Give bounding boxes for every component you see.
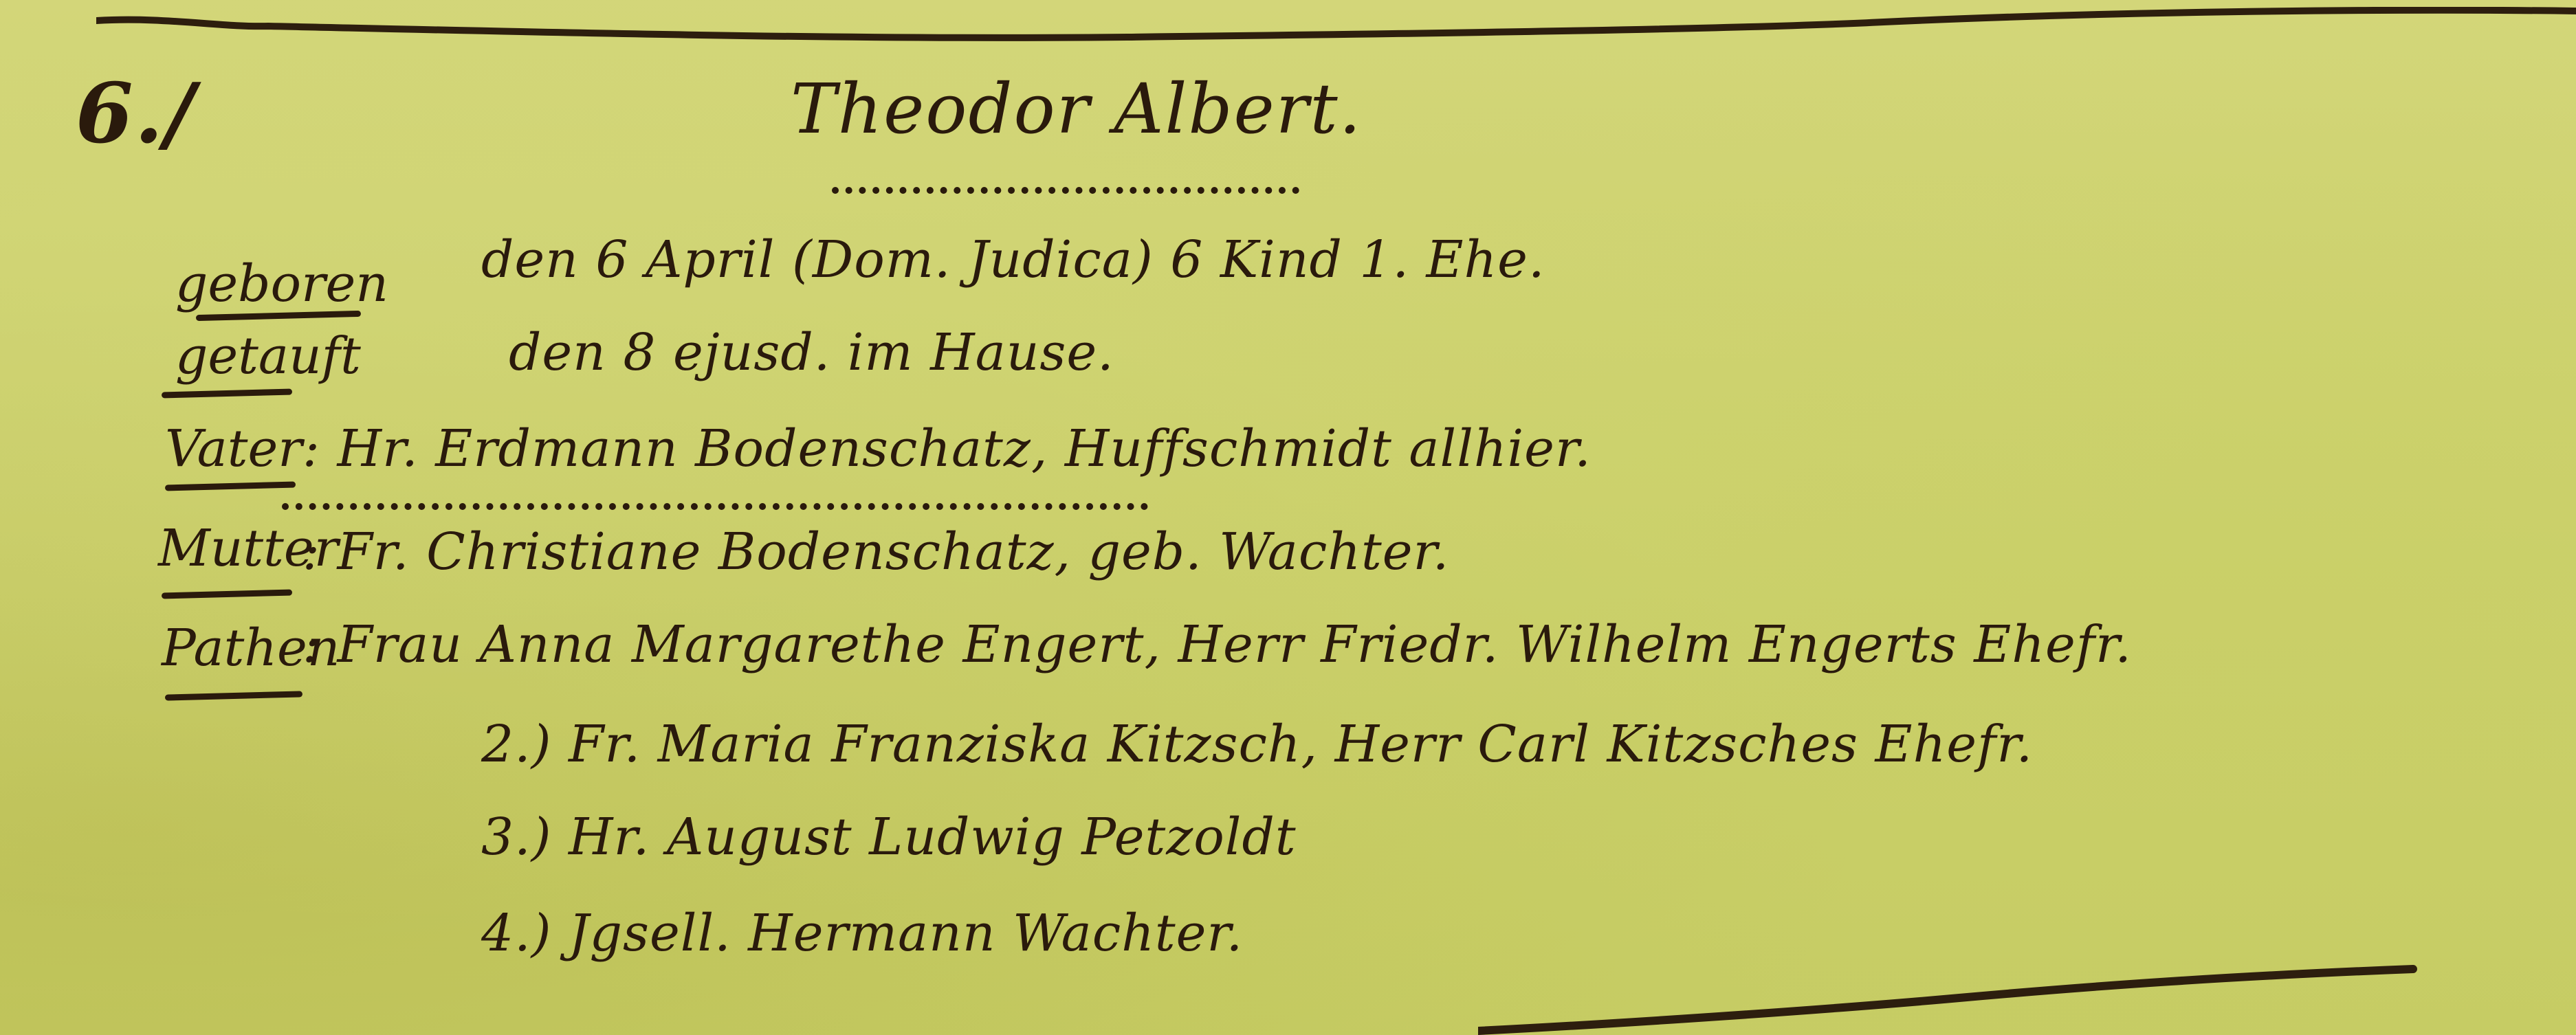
baptized-value: den 8 ejusd. im Hause.: [509, 323, 1114, 382]
child-name-dotted-underline: [832, 187, 1299, 194]
godparent-3: 3.) Hr. August Ludwig Petzoldt: [481, 808, 1297, 867]
mother-value: : Fr. Christiane Bodenschatz, geb. Wacht…: [302, 522, 1449, 581]
godparent-2: 2.) Fr. Maria Franziska Kitzsch, Herr Ca…: [481, 715, 2033, 774]
born-value: den 6 April (Dom. Judica) 6 Kind 1. Ehe.: [481, 230, 1545, 289]
bottom-border-line: [1478, 962, 2441, 1035]
child-name-heading: Theodor Albert.: [791, 69, 1362, 149]
godparent-1: : Frau Anna Margarethe Engert, Herr Frie…: [302, 615, 2132, 674]
father-name-dotted-underline: [282, 503, 1148, 510]
father-value: : Hr. Erdmann Bodenschatz, Huffschmidt a…: [302, 419, 1592, 478]
label-mother-underline: [162, 590, 292, 599]
label-father: Vater: [165, 419, 302, 478]
church-register-page: 6./ Theodor Albert. geboren den 6 April …: [0, 0, 2576, 1035]
label-born: geboren: [175, 254, 388, 313]
label-godparents-underline: [165, 691, 302, 700]
top-border-line: [96, 7, 2576, 55]
godparent-4: 4.) Jgsell. Hermann Wachter.: [481, 904, 1243, 963]
label-father-underline: [165, 482, 296, 491]
entry-number: 6./: [76, 65, 196, 162]
label-baptized-underline: [162, 389, 292, 399]
label-baptized: getauft: [175, 326, 361, 386]
